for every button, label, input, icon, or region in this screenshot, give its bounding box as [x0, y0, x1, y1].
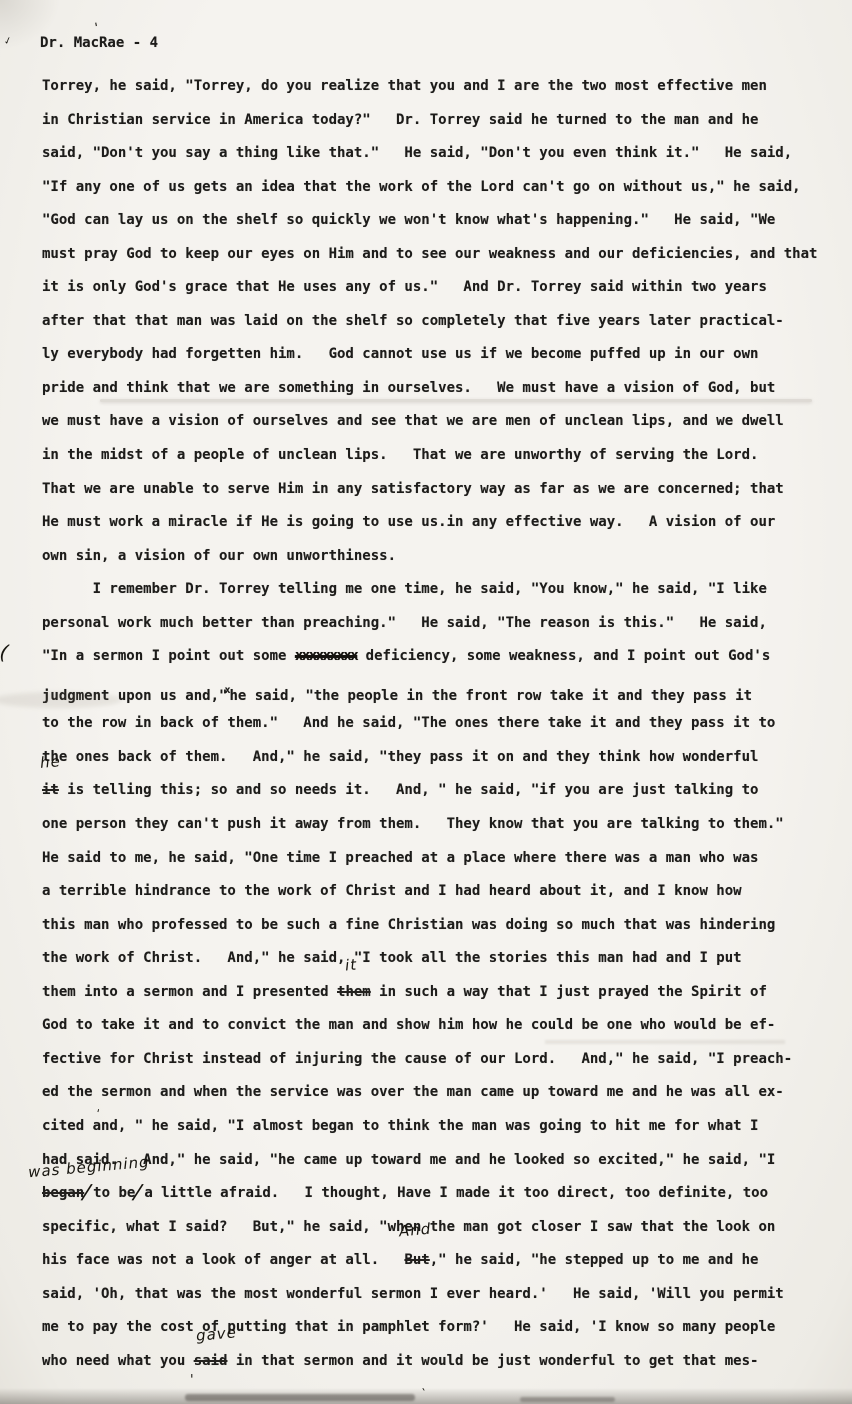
typed-text: "God can lay us on the shelf so quickly … [42, 212, 775, 228]
typed-text: deficiency, some weakness, and I point o… [357, 648, 770, 664]
typed-text: "If any one of us gets an idea that the … [42, 179, 801, 195]
struck-text: it [42, 782, 59, 798]
document-line: He must work a miracle if He is going to… [42, 506, 848, 540]
typed-text: He said to me, he said, "One time I prea… [42, 850, 758, 866]
document-line: who need what you gavesaid in that sermo… [42, 1345, 848, 1379]
corrected-word: was beginningbegan [42, 1177, 84, 1211]
pen-curl-mark: ( [0, 641, 9, 662]
document-line: the work of Christ. And," he said, "I to… [42, 942, 848, 976]
document-line: to the row in back of them." And he said… [42, 707, 848, 741]
pen-slash-mark: / [134, 1185, 144, 1200]
typed-text: Torrey, he said, "Torrey, do you realize… [42, 78, 767, 94]
typed-text: judgment upon us and," [42, 688, 227, 704]
document-line: me to pay the cost of putting that in pa… [42, 1311, 848, 1345]
corrected-word: gavesaid [194, 1345, 228, 1379]
typed-text: pride and think that we are something in… [42, 380, 775, 396]
document-line: in the midst of a people of unclean lips… [42, 439, 848, 473]
handwritten-correction: And [399, 1222, 432, 1239]
typed-text: must pray God to keep our eyes on Him an… [42, 246, 817, 262]
typed-text: who need what you [42, 1353, 194, 1369]
document-line: "God can lay us on the shelf so quickly … [42, 204, 848, 238]
document-line: I remember Dr. Torrey telling me one tim… [42, 573, 848, 607]
corrected-word: itthem [337, 976, 371, 1010]
document-line: a terrible hindrance to the work of Chri… [42, 875, 848, 909]
typed-text: a little afraid. I thought, Have I made … [144, 1185, 768, 1201]
typed-text: to be [93, 1185, 135, 1201]
document-line: ly everybody had forgetten him. God cann… [42, 338, 848, 372]
document-line: That we are unable to serve Him in any s… [42, 473, 848, 507]
document-line: said, 'Oh, that was the most wonderful s… [42, 1278, 848, 1312]
document-line: must pray God to keep our eyes on Him an… [42, 238, 848, 272]
document-body: Torrey, he said, "Torrey, do you realize… [42, 70, 848, 1378]
typed-over-text: xxxxxxxxx [295, 648, 357, 664]
pen-tick-mark: ` [420, 1388, 426, 1400]
scan-bottom-edge [0, 1388, 852, 1404]
typed-text: in that sermon and it would be just wond… [227, 1353, 758, 1369]
document-line: heit is telling this; so and so needs it… [42, 774, 848, 808]
typed-text: said, "Don't you say a thing like that."… [42, 145, 792, 161]
typed-text: fective for Christ instead of injuring t… [42, 1051, 792, 1067]
handwritten-correction: he [39, 755, 61, 771]
scanned-page: Dr. MacRae - 4 Torrey, he said, "Torrey,… [0, 0, 852, 1404]
typed-text: it is only God's grace that He uses any … [42, 279, 767, 295]
typed-text: one person they can't push it away from … [42, 816, 784, 832]
handwritten-correction: it [344, 957, 357, 972]
typed-text: "In a sermon I point out some [42, 648, 295, 664]
document-line: the ones back of them. And," he said, "t… [42, 741, 848, 775]
typed-text: the ones back of them. And," he said, "t… [42, 749, 758, 765]
struck-text: them [337, 984, 371, 1000]
typed-text: God to take it and to convict the man an… [42, 1017, 775, 1033]
pen-check-mark: ✓ [3, 36, 14, 48]
typed-text: ly everybody had forgetten him. God cann… [42, 346, 758, 362]
struck-text: But [404, 1252, 429, 1268]
typed-text: cited and, " he said, "I almost began to… [42, 1118, 758, 1134]
typed-text: them into a sermon and I presented [42, 984, 337, 1000]
typed-text: ed the sermon and when the service was o… [42, 1084, 784, 1100]
struck-text: began [42, 1185, 84, 1201]
typed-text: the work of Christ. And," he said, "I to… [42, 950, 742, 966]
document-line: He said to me, he said, "One time I prea… [42, 842, 848, 876]
document-line: own sin, a vision of our own unworthines… [42, 540, 848, 574]
typed-text: in the midst of a people of unclean lips… [42, 447, 758, 463]
typed-text: in Christian service in America today?" … [42, 112, 758, 128]
document-line: them into a sermon and I presented itthe… [42, 976, 848, 1010]
typed-text: He must work a miracle if He is going to… [42, 514, 775, 530]
document-line: fective for Christ instead of injuring t… [42, 1043, 848, 1077]
corrected-word: heit [42, 774, 59, 808]
document-line: one person they can't push it away from … [42, 808, 848, 842]
struck-text: said [194, 1353, 228, 1369]
typed-text: I remember Dr. Torrey telling me one tim… [42, 581, 767, 597]
document-line: said, "Don't you say a thing like that."… [42, 137, 848, 171]
typed-text: he said, "the people in the front row ta… [229, 688, 752, 704]
typed-text: to the row in back of them." And he said… [42, 715, 775, 731]
document-line: "If any one of us gets an idea that the … [42, 171, 848, 205]
document-line: personal work much better than preaching… [42, 607, 848, 641]
typed-text: me to pay the cost of putting that in pa… [42, 1319, 775, 1335]
document-line: God to take it and to convict the man an… [42, 1009, 848, 1043]
typed-text: we must have a vision of ourselves and s… [42, 413, 784, 429]
typed-text: in such a way that I just prayed the Spi… [371, 984, 767, 1000]
document-line: after that that man was laid on the shel… [42, 305, 848, 339]
document-line: it is only God's grace that He uses any … [42, 271, 848, 305]
document-line: this man who professed to be such a fine… [42, 909, 848, 943]
typed-text: own sin, a vision of our own unworthines… [42, 548, 396, 564]
document-line: cited and, " he said, "I almost began to… [42, 1110, 848, 1144]
typed-text: this man who professed to be such a fine… [42, 917, 775, 933]
typed-text: personal work much better than preaching… [42, 615, 767, 631]
document-line: judgment upon us and,"xhe said, "the peo… [42, 674, 848, 708]
document-line: had said. And," he said, "he came up tow… [42, 1144, 848, 1178]
document-line: ed the sermon and when the service was o… [42, 1076, 848, 1110]
scan-blot [185, 1394, 415, 1401]
pen-tick-mark: ' [190, 1374, 194, 1387]
document-line: was beginningbegan/to be/a little afraid… [42, 1177, 848, 1211]
corrected-word: AndBut [404, 1244, 429, 1278]
document-line: his face was not a look of anger at all.… [42, 1244, 848, 1278]
typed-text: after that that man was laid on the shel… [42, 313, 784, 329]
handwritten-correction: gave [195, 1325, 237, 1343]
typed-text: had said. And," he said, "he came up tow… [42, 1152, 775, 1168]
typed-text: That we are unable to serve Him in any s… [42, 481, 784, 497]
pen-slash-mark: / [82, 1185, 92, 1200]
document-line: pride and think that we are something in… [42, 372, 848, 406]
typed-text: said, 'Oh, that was the most wonderful s… [42, 1286, 784, 1302]
typed-text: ," he said, "he stepped up to me and he [430, 1252, 759, 1268]
document-line: we must have a vision of ourselves and s… [42, 405, 848, 439]
document-line: Torrey, he said, "Torrey, do you realize… [42, 70, 848, 104]
document-line: specific, what I said? But," he said, "w… [42, 1211, 848, 1245]
typed-text: is telling this; so and so needs it. And… [59, 782, 759, 798]
typed-text: a terrible hindrance to the work of Chri… [42, 883, 742, 899]
page-header: Dr. MacRae - 4 [40, 33, 158, 53]
document-line: "In a sermon I point out some xxxxxxxxx … [42, 640, 848, 674]
document-line: in Christian service in America today?" … [42, 104, 848, 138]
typed-text: his face was not a look of anger at all. [42, 1252, 404, 1268]
scan-blot [520, 1397, 615, 1402]
